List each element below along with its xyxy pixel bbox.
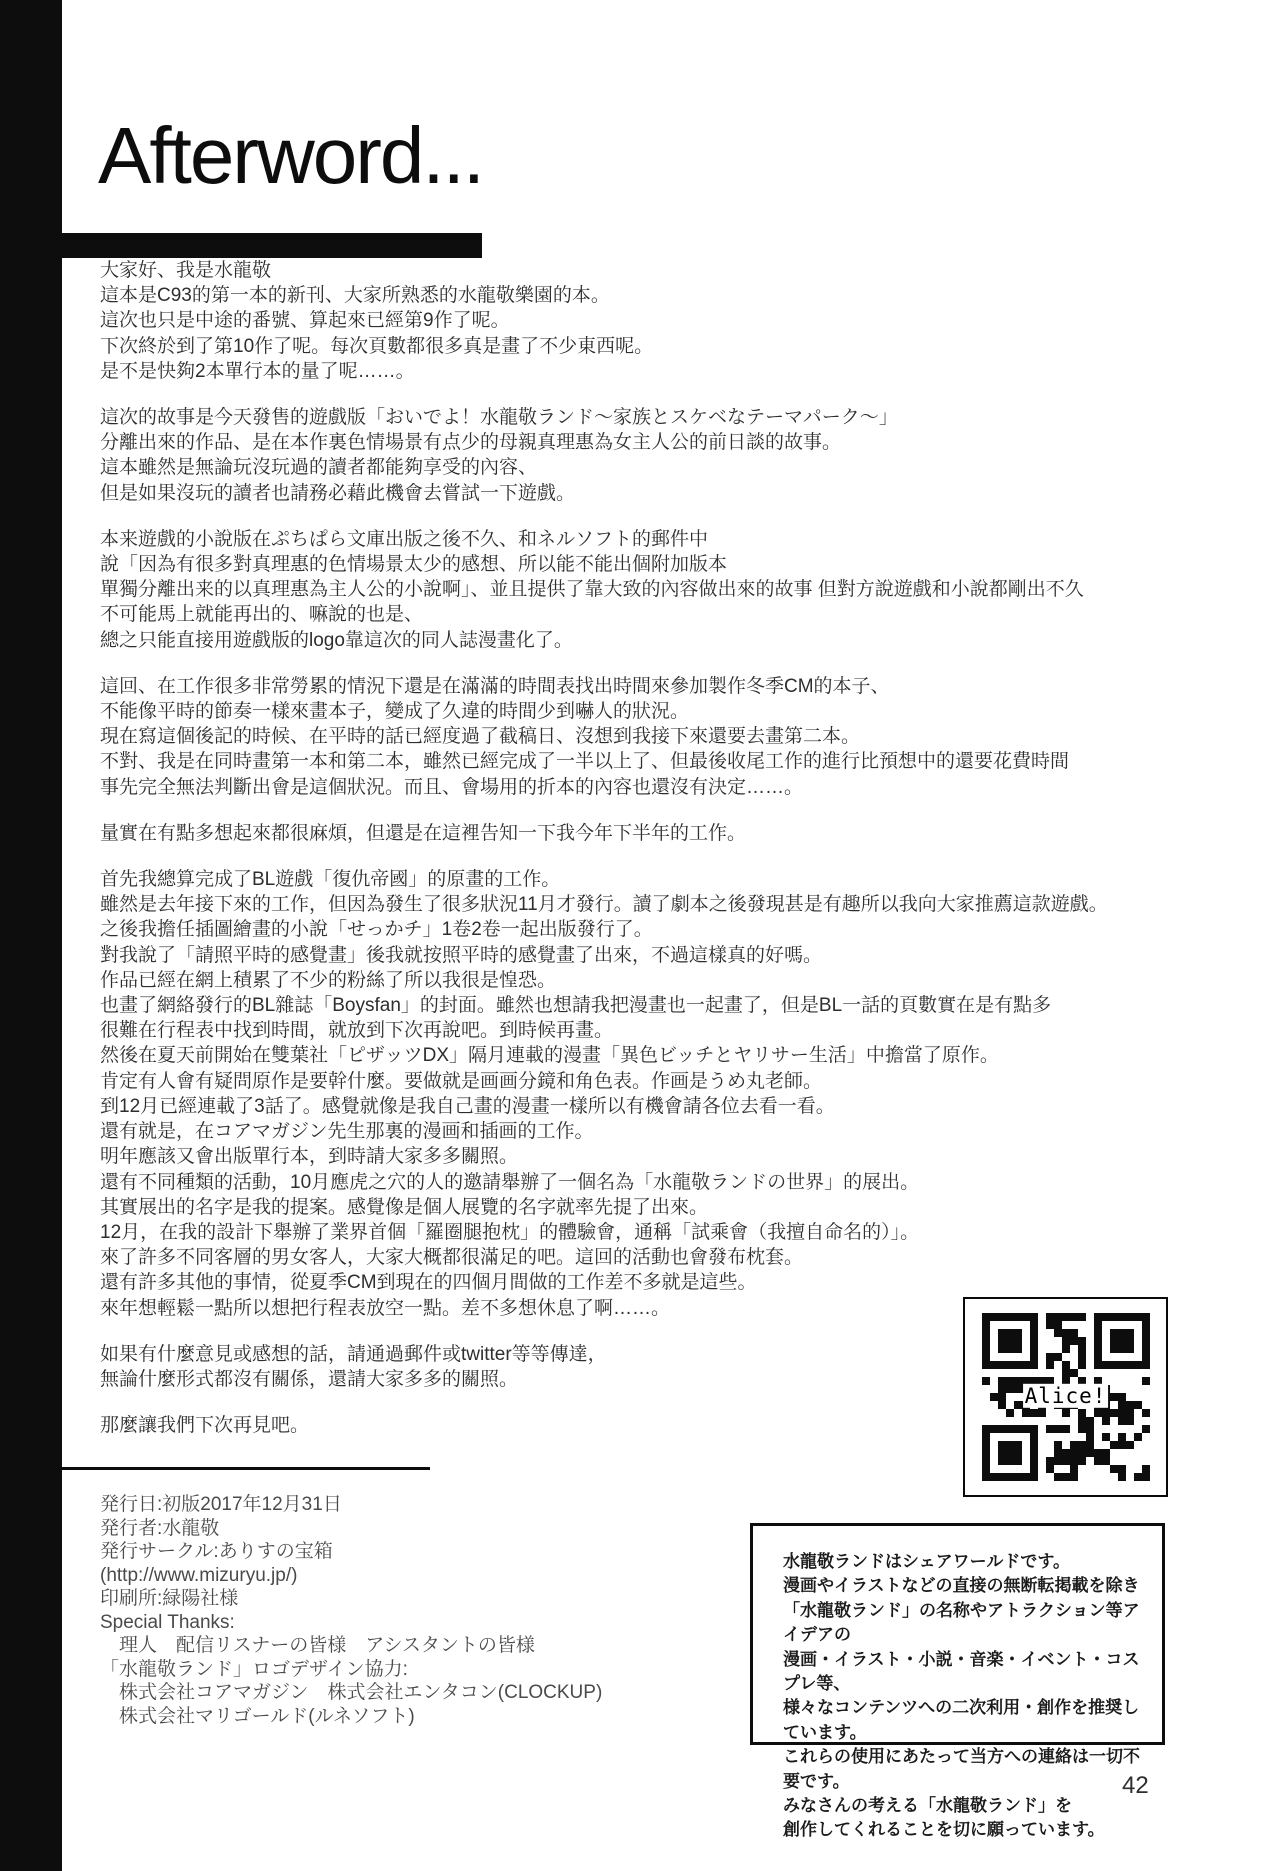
body-paragraph: 首先我總算完成了BL遊戲「復仇帝國」的原畫的工作。 雖然是去年接下來的工作，但因… — [100, 867, 1250, 1321]
colophon-divider — [62, 1467, 430, 1470]
left-black-strip — [0, 0, 62, 1871]
qr-embedded-label: Alice! — [1023, 1384, 1109, 1408]
body-paragraph: 大家好、我是水龍敬 這本是C93的第一本的新刊、大家所熟悉的水龍敬樂園的本。 這… — [100, 258, 1250, 384]
afterword-page: Afterword... 大家好、我是水龍敬 這本是C93的第一本的新刊、大家所… — [0, 0, 1280, 1871]
qr-code: Alice! — [963, 1297, 1168, 1497]
share-world-notice-box: 水龍敬ランドはシェアワールドです。 漫画やイラストなどの直接の無断転掲載を除き … — [750, 1523, 1165, 1745]
colophon-text: 発行日:初版2017年12月31日 発行者:水龍敬 発行サークル:ありすの宝箱 … — [100, 1493, 660, 1728]
body-paragraph: 這回、在工作很多非常勞累的情況下還是在滿滿的時間表找出時間來參加製作冬季CM的本… — [100, 674, 1250, 800]
body-paragraph: 這次的故事是今天發售的遊戲版「おいでよ！水龍敬ランド～家族とスケベなテーマパーク… — [100, 405, 1250, 506]
page-title: Afterword... — [98, 116, 483, 196]
qr-pattern: Alice! — [982, 1313, 1150, 1481]
page-number: 42 — [1122, 1772, 1149, 1800]
body-paragraph: 本来遊戲的小說版在ぷちぱら文庫出版之後不久、和ネルソフト的郵件中 說「因為有很多… — [100, 527, 1250, 653]
afterword-body: 大家好、我是水龍敬 這本是C93的第一本的新刊、大家所熟悉的水龍敬樂園的本。 這… — [100, 258, 1250, 1459]
title-underline-bar — [62, 233, 482, 258]
body-paragraph: 量實在有點多想起來都很麻煩，但還是在這裡告知一下我今年下半年的工作。 — [100, 821, 1250, 846]
share-world-notice-text: 水龍敬ランドはシェアワールドです。 漫画やイラストなどの直接の無断転掲載を除き … — [783, 1550, 1148, 1843]
